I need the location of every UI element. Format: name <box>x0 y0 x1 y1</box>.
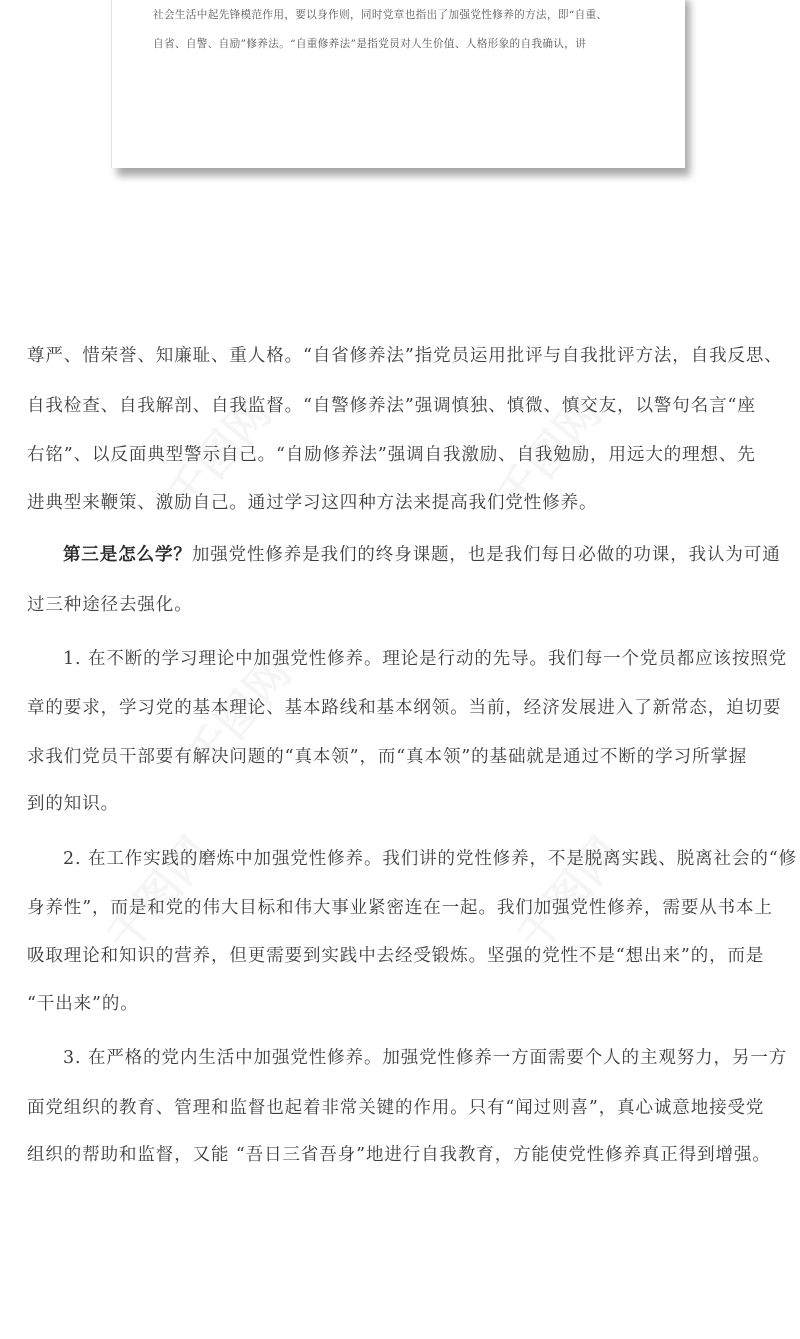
watermark: 千图网 <box>499 821 633 963</box>
body-text-line: 自我检查、自我解剖、自我监督。“自警修养法”强调慎独、慎微、慎交友，以警句名言“… <box>27 395 777 417</box>
body-text-line: 章的要求，学习党的基本理论、基本路线和基本纲领。当前，经济发展进入了新常态，迫切… <box>27 697 777 719</box>
body-text-line: 身养性”，而是和党的伟大目标和伟大事业紧密连在一起。我们加强党性修养，需要从书本… <box>27 897 777 919</box>
body-text-line: 右铭”、以反面典型警示自己。“自励修养法”强调自我激励、自我勉励，用远大的理想、… <box>27 444 777 466</box>
body-text-line: 过三种途径去强化。 <box>27 594 777 616</box>
card-text-line: 自省、自警、自励”修养法。“自重修养法”是指党员对人生价值、人格形象的自我确认，… <box>153 37 653 51</box>
body-text: 加强党性修养是我们的终身课题，也是我们每日必做的功课，我认为可通 <box>192 545 781 565</box>
body-text-line: 第三是怎么学？加强党性修养是我们的终身课题，也是我们每日必做的功课，我认为可通 <box>63 544 800 566</box>
body-text-line: 进典型来鞭策、激励自己。通过学习这四种方法来提高我们党性修养。 <box>27 492 777 514</box>
card-text-line: 社会生活中起先锋模范作用，要以身作则，同时党章也指出了加强党性修养的方法，即“自… <box>153 8 653 22</box>
watermark: 千图网 <box>89 821 223 963</box>
body-text-line: 吸取理论和知识的营养，但更需要到实践中去经受锻炼。坚强的党性不是“想出来”的，而… <box>27 945 777 967</box>
body-text-line: 3. 在严格的党内生活中加强党性修养。加强党性修养一方面需要个人的主观努力，另一… <box>63 1047 800 1069</box>
body-text-line: 到的知识。 <box>27 793 777 815</box>
body-text-line: 2. 在工作实践的磨炼中加强党性修养。我们讲的党性修养，不是脱离实践、脱离社会的… <box>63 848 800 870</box>
section-heading: 第三是怎么学？ <box>63 545 192 565</box>
body-text-line: “干出来”的。 <box>27 993 777 1015</box>
page-preview-card: 社会生活中起先锋模范作用，要以身作则，同时党章也指出了加强党性修养的方法，即“自… <box>111 0 685 168</box>
body-text-line: 求我们党员干部要有解决问题的“真本领”，而“真本领”的基础就是通过不断的学习所掌… <box>27 746 777 768</box>
body-text-line: 尊严、惜荣誉、知廉耻、重人格。“自省修养法”指党员运用批评与自我批评方法，自我反… <box>27 345 777 367</box>
body-text-line: 1. 在不断的学习理论中加强党性修养。理论是行动的先导。我们每一个党员都应该按照… <box>63 648 800 670</box>
body-text-line: 组织的帮助和监督，又能 “吾日三省吾身”地进行自我教育，方能使党性修养真正得到增… <box>27 1144 777 1166</box>
body-text-line: 面党组织的教育、管理和监督也起着非常关键的作用。只有“闻过则喜”，真心诚意地接受… <box>27 1097 777 1119</box>
